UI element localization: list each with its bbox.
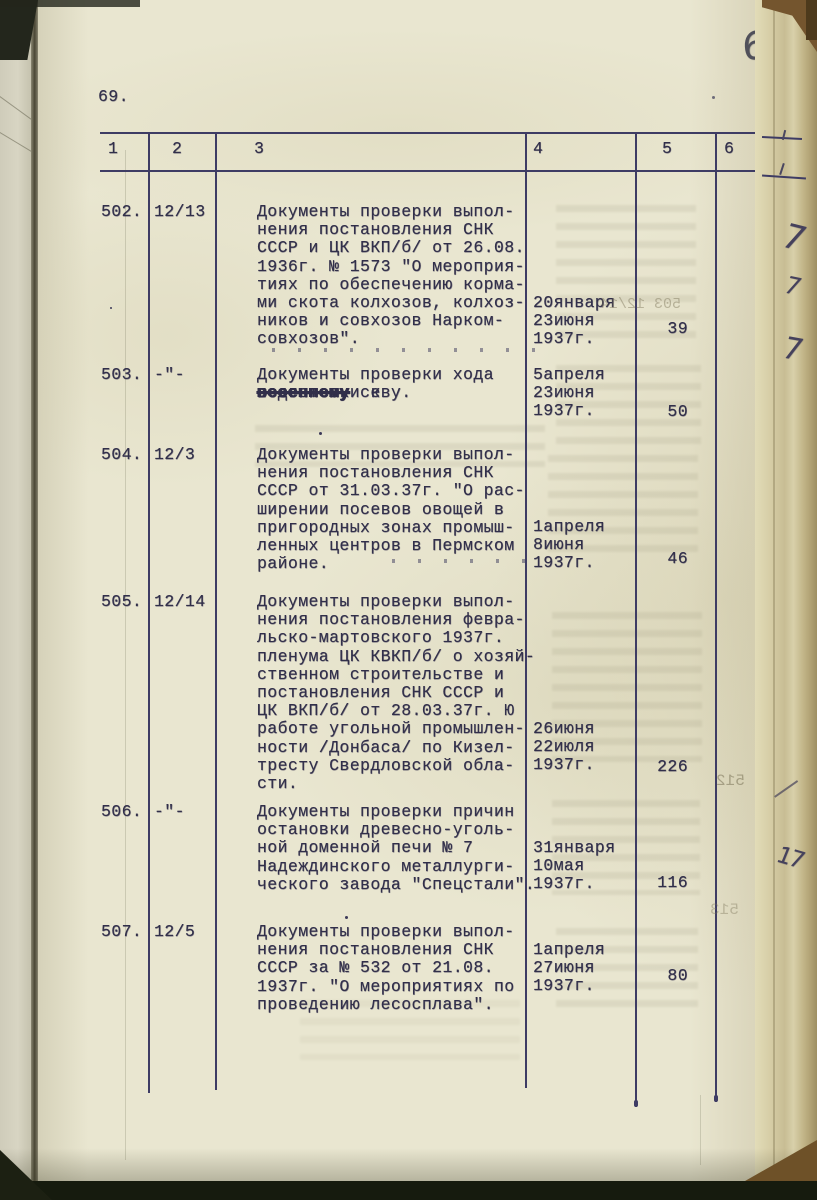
bleedthrough-number: 503 12/14 xyxy=(600,296,681,313)
book-cover-corner xyxy=(806,0,817,40)
column-header-3: 3 xyxy=(254,140,264,158)
overstruck-word: весеннему xyxy=(257,384,350,402)
bleedthrough-line xyxy=(125,150,126,1160)
entry-page-count: 50 xyxy=(600,403,688,421)
page-shadow xyxy=(0,1148,817,1183)
entry-page-count: 39 xyxy=(600,320,688,338)
ink-speck xyxy=(345,916,348,919)
handwritten-edge-mark: 7 xyxy=(776,217,812,260)
entry-index: 12/14 xyxy=(154,593,214,611)
entry-page-count: 46 xyxy=(600,550,688,568)
previous-page-edge xyxy=(0,0,32,1200)
handwritten-edge-mark: 7 xyxy=(780,271,806,301)
entry-title: Документы проверки выпол-нения постановл… xyxy=(257,446,532,573)
page-edge-strip: 77717 xyxy=(755,0,817,1200)
entry-index: -"- xyxy=(154,803,214,821)
column-header-1: 1 xyxy=(108,140,118,158)
entry-page-count: 80 xyxy=(600,967,688,985)
handwritten-edge-mark: 7 xyxy=(778,331,808,368)
entry-page-count: 116 xyxy=(600,874,688,892)
typed-dots xyxy=(392,559,537,563)
entry-number: 502. xyxy=(101,203,151,221)
column-header-6: 6 xyxy=(724,140,734,158)
bleedthrough-number: 513 xyxy=(710,901,739,919)
book-cover-edge xyxy=(0,1181,817,1200)
column-divider xyxy=(715,132,717,1102)
table-header-row: 123456 xyxy=(0,140,817,164)
entry-number: 506. xyxy=(101,803,151,821)
table-top-rule xyxy=(100,132,757,134)
scanned-page: 69. 69 123456 502. 12/13 Документы прове… xyxy=(0,0,817,1200)
bleedthrough-number: 512 xyxy=(716,772,745,790)
column-header-5: 5 xyxy=(662,140,672,158)
column-header-2: 2 xyxy=(172,140,182,158)
entry-index: -"- xyxy=(154,366,214,384)
entry-title: Документы проверки выпол-нения постановл… xyxy=(257,923,532,1014)
entry-title: Документы проверки выпол-нения постановл… xyxy=(257,203,532,349)
entry-index: 12/13 xyxy=(154,203,214,221)
entry-title: Документы проверки ходаподготовки к весе… xyxy=(257,366,532,402)
entry-number: 503. xyxy=(101,366,151,384)
column-divider xyxy=(148,132,150,1093)
ink-speck xyxy=(319,432,322,435)
book-cover-edge xyxy=(0,0,140,7)
entry-title: Документы проверки выпол-нения постановл… xyxy=(257,593,532,793)
entry-number: 505. xyxy=(101,593,151,611)
column-header-4: 4 xyxy=(533,140,543,158)
table-header-rule xyxy=(100,170,757,172)
entry-page-count: 226 xyxy=(600,758,688,776)
ink-speck xyxy=(110,307,112,309)
entry-title: Документы проверки причиностановки древе… xyxy=(257,803,532,894)
typed-page-number: 69. xyxy=(98,88,129,106)
entry-index: 12/5 xyxy=(154,923,214,941)
entry-number: 507. xyxy=(101,923,151,941)
column-divider xyxy=(215,132,217,1090)
entry-index: 12/3 xyxy=(154,446,214,464)
typed-dots xyxy=(272,348,537,352)
handwritten-edge-mark: 17 xyxy=(773,842,807,873)
entry-number: 504. xyxy=(101,446,151,464)
ink-speck xyxy=(712,96,715,99)
